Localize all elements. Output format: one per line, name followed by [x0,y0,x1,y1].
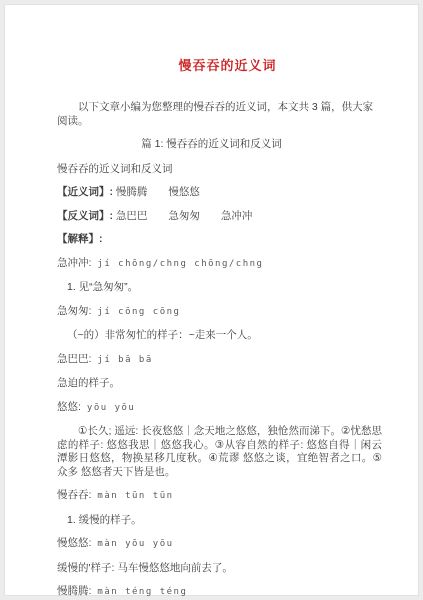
entry-pinyin: màn tūn tūn [97,491,173,501]
entry-word: 急巴巴: [57,353,91,365]
antonyms-line: 【反义词】: 急巴巴 急匆匆 急冲冲 [57,210,382,224]
entry-note-line: 1. 见“急匆匆”。 [57,281,382,295]
entry-word: 慢悠悠: [57,537,91,549]
entry-word-line: 悠悠:yōu yōu [57,401,382,416]
entry-word: 悠悠: [57,401,81,413]
entry-pinyin: yōu yōu [87,403,135,413]
intro-paragraph: 以下文章小编为您整理的慢吞吞的近义词，本文共 3 篇，供大家阅读。 [57,101,382,128]
entry-pinyin: jí bā bā [97,355,152,365]
entry-pinyin: jí chōng/chng chōng/chng [97,259,263,269]
antonyms-label: 【反义词】: [57,210,113,222]
subheading: 慢吞吞的近义词和反义词 [57,163,382,177]
entry-word: 急冲冲: [57,257,91,269]
explain-label: 【解释】: [57,233,103,245]
entry-word-line: 急巴巴:jí bā bā [57,353,382,368]
page-title: 慢吞吞的近义词 [57,55,398,74]
entry-word: 慢腾腾: [57,585,91,597]
explain-line: 【解释】: [57,233,382,247]
entry-note-line: 急迫的样子。 [57,377,382,391]
section-heading: 篇 1: 慢吞吞的近义词和反义词 [57,138,366,152]
entry-word-line: 慢吞吞:màn tūn tūn [57,489,382,504]
entry-word: 急匆匆: [57,305,91,317]
entry-pinyin: màn téng téng [97,587,187,597]
entry-word-line: 慢悠悠:màn yōu yōu [57,537,382,552]
entry-pinyin: jí cōng cōng [97,307,180,317]
definition-paragraph: ①长久; 遥远: 长夜悠悠｜念天地之悠悠，独怆然而涕下。②忧愁思虑的样子: 悠悠… [57,425,382,479]
entry-note-line: 1. 缓慢的样子。 [57,514,382,528]
entry-note-line: （~的）非常匆忙的样子：~走来一个人。 [57,329,382,343]
antonyms-value: 急巴巴 急匆匆 急冲冲 [116,210,253,222]
entry-pinyin: màn yōu yōu [97,539,173,549]
document-page: 慢吞吞的近义词 以下文章小编为您整理的慢吞吞的近义词，本文共 3 篇，供大家阅读… [4,4,419,596]
entry-word-line: 急匆匆:jí cōng cōng [57,305,382,320]
synonyms-value: 慢腾腾 慢悠悠 [116,186,200,198]
entry-note-line: 缓慢的'样子: 马车慢悠悠地向前去了。 [57,562,382,576]
entry-word: 慢吞吞: [57,489,91,501]
synonyms-label: 【近义词】: [57,186,113,198]
synonyms-line: 【近义词】: 慢腾腾 慢悠悠 [57,186,382,200]
entry-word-line: 慢腾腾:màn téng téng [57,585,382,600]
entry-word-line: 急冲冲:jí chōng/chng chōng/chng [57,257,382,272]
